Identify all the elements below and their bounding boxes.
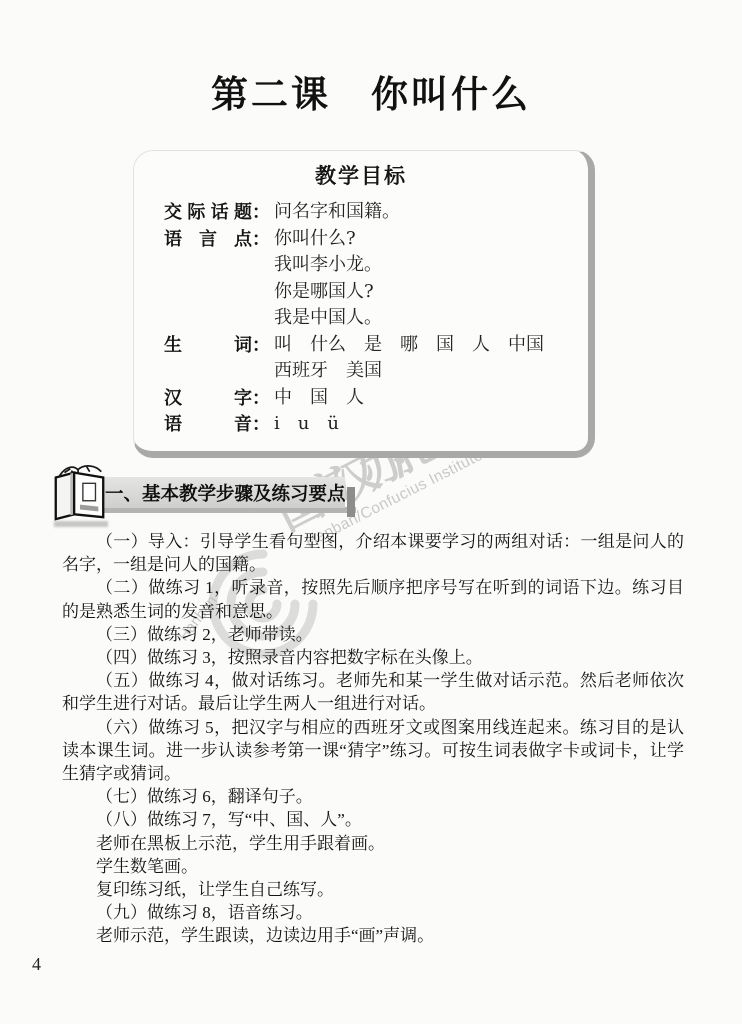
book-icon <box>48 462 110 524</box>
objectives-row-new-words: 生词 ： 叫 什么 是 哪 国 人 中国 西班牙 美国 <box>164 332 588 385</box>
row-label: 生词 <box>164 332 252 359</box>
objectives-row-phonetics: 语音 ： i u ü <box>164 411 588 438</box>
objectives-row-language-points: 语言点 ： 你叫什么? 我叫李小龙。 你是哪国人? 我是中国人。 <box>164 226 588 332</box>
paragraph: 老师示范，学生跟读，边读边用手“画”声调。 <box>62 924 684 947</box>
row-value: 你是哪国人? <box>274 279 382 306</box>
paragraph: 老师在黑板上示范，学生用手跟着画。 <box>62 832 684 855</box>
row-label: 汉字 <box>164 385 252 412</box>
row-value: 西班牙 美国 <box>274 358 544 385</box>
row-value: i u ü <box>274 411 339 438</box>
paragraph: （一）导入：引导学生看句型图，介绍本课要学习的两组对话：一组是问人的名字，一组是… <box>62 530 684 576</box>
objectives-heading: 教学目标 <box>134 163 588 191</box>
paragraph: （二）做练习 1，听录音，按照先后顺序把序号写在听到的词语下边。练习目的是熟悉生… <box>62 576 684 622</box>
paragraph: 复印练习纸，让学生自己练写。 <box>62 878 684 901</box>
row-value: 你叫什么? <box>274 226 382 253</box>
lesson-steps-body: （一）导入：引导学生看句型图，介绍本课要学习的两组对话：一组是问人的名字，一组是… <box>62 530 684 948</box>
row-label: 交际话题 <box>164 199 252 226</box>
paragraph: （七）做练习 6，翻译句子。 <box>62 785 684 808</box>
row-value: 我是中国人。 <box>274 305 382 332</box>
section-bar-end-tick <box>347 487 355 517</box>
section-header-bar: 一、基本教学步骤及练习要点 <box>93 477 345 508</box>
row-colon: ： <box>252 332 270 359</box>
paragraph: （九）做练习 8，语音练习。 <box>62 901 684 924</box>
page-content: 第二课 你叫什么 教学目标 交际话题 ： 问名字和国籍。 语言点 ： 你叫什么? <box>0 0 742 1024</box>
row-colon: ： <box>252 411 270 438</box>
textbook-page: Hanban 国家汉办/孔子学院总部 Hanban/Confucius Inst… <box>0 0 742 1024</box>
section-header-label: 一、基本教学步骤及练习要点 <box>105 480 346 506</box>
row-label: 语言点 <box>164 226 252 253</box>
paragraph: （三）做练习 2，老师带读。 <box>62 623 684 646</box>
paragraph: （五）做练习 4，做对话练习。老师先和某一学生做对话示范。然后老师依次和学生进行… <box>62 669 684 715</box>
row-value: 中 国 人 <box>274 385 364 412</box>
row-colon: ： <box>252 199 270 226</box>
row-colon: ： <box>252 385 270 412</box>
paragraph: （八）做练习 7，写“中、国、人”。 <box>62 808 684 831</box>
page-number: 4 <box>32 954 41 975</box>
row-colon: ： <box>252 226 270 253</box>
objectives-row-characters: 汉字 ： 中 国 人 <box>164 385 588 412</box>
paragraph: （四）做练习 3，按照录音内容把数字标在头像上。 <box>62 646 684 669</box>
objectives-row-topic: 交际话题 ： 问名字和国籍。 <box>164 199 588 226</box>
lesson-title: 第二课 你叫什么 <box>0 64 742 118</box>
paragraph: 学生数笔画。 <box>62 855 684 878</box>
row-value: 我叫李小龙。 <box>274 252 382 279</box>
row-value: 叫 什么 是 哪 国 人 中国 <box>274 332 544 359</box>
teaching-objectives-box: 教学目标 交际话题 ： 问名字和国籍。 语言点 ： 你叫什么? 我叫李小龙。 你… <box>133 150 595 458</box>
objectives-rows: 交际话题 ： 问名字和国籍。 语言点 ： 你叫什么? 我叫李小龙。 你是哪国人?… <box>134 199 588 438</box>
row-value: 问名字和国籍。 <box>274 199 400 226</box>
row-label: 语音 <box>164 411 252 438</box>
paragraph: （六）做练习 5，把汉字与相应的西班牙文或图案用线连起来。练习目的是认读本课生词… <box>62 716 684 786</box>
